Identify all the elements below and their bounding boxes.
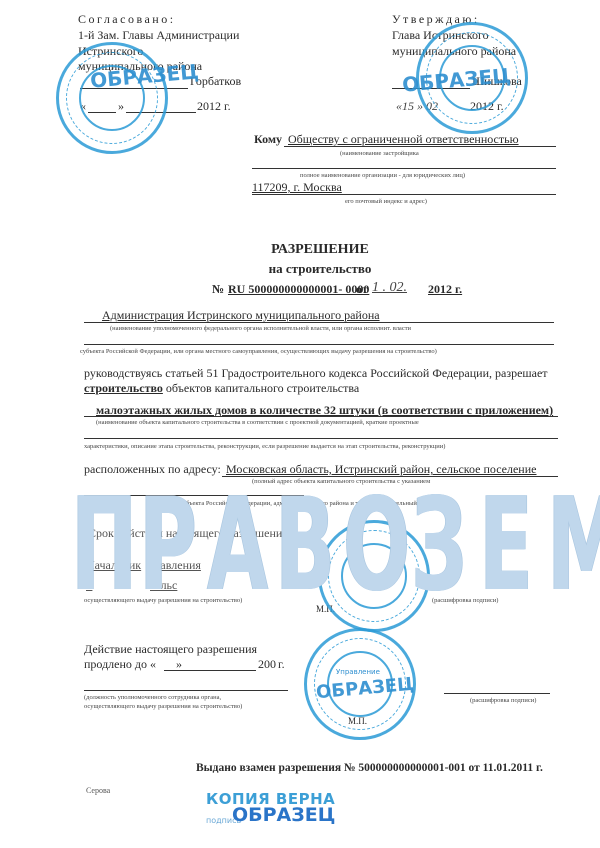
approval-left-line: 1-й Зам. Главы Администрации (78, 28, 239, 43)
seal-stamp-middle (318, 520, 430, 632)
body-official: правления (148, 558, 201, 573)
body-line: руководствуясь статьей 51 Градостроитель… (84, 366, 548, 381)
seal-stamp-left (56, 42, 168, 154)
authority-hint: субъекта Российской Федерации, или орган… (80, 348, 437, 355)
permit-title-sub: на строительство (0, 261, 600, 277)
signature-hint: (расшифровка подписи) (432, 597, 498, 604)
recipient-address: 117209, г. Москва (252, 180, 342, 195)
body-address-value: Московская область, Истринский район, се… (226, 462, 536, 477)
recipient-value: Обществу с ограниченной ответственностью (288, 132, 519, 147)
permit-date: 1 . 02. (372, 280, 407, 296)
stamp-place-label: М.П. (348, 716, 367, 726)
body-line-rest: объектов капитального строительства (163, 381, 359, 395)
signature-hint: (расшифровка подписи) (470, 697, 536, 704)
body-construction-word: строительство (84, 381, 163, 395)
extension-mid: » (176, 657, 182, 672)
body-address-label: расположенных по адресу: (84, 462, 221, 477)
authority-hint: (наименование уполномоченного федерально… (110, 325, 411, 332)
permit-number: RU 500000000000001- 0000 (228, 282, 369, 297)
watermark: П Р А В О З Е М (58, 492, 542, 599)
watermark-letter: В (275, 492, 317, 599)
body-hint: (полный адрес объекта капитального строи… (252, 478, 430, 485)
authority-value: Администрация Истринского муниципального… (102, 308, 380, 323)
recipient-label: Кому (254, 132, 282, 147)
watermark-letter: А (207, 492, 249, 599)
permit-title-main: РАЗРЕШЕНИЕ (0, 242, 600, 258)
permit-date-prefix: от (356, 282, 368, 297)
watermark-letter: Е (479, 492, 521, 599)
recipient-hint: (наименование застройщика (340, 150, 419, 157)
approval-left-heading: Согласовано: (78, 12, 176, 27)
body-validity: Срок действия настоящего разрешения - до (88, 526, 310, 541)
copy-certified-stamp: КОПИЯ ВЕРНА подпись ОБРАЗЕЦ (206, 790, 335, 808)
extension-line: Действие настоящего разрешения (84, 642, 257, 657)
stamp-admin-label: Управление (336, 668, 380, 676)
recipient-hint: полное наименование организации - для юр… (300, 172, 465, 179)
extension-prefix: продлено до « (84, 657, 156, 672)
recipient-hint: его почтовый индекс и адрес) (345, 198, 427, 205)
permit-date-year: 2012 г. (428, 282, 462, 297)
replaced-permit-note: Выдано взамен разрешения № 5000000000000… (196, 762, 543, 774)
body-official: Начальник (86, 558, 141, 573)
extension-suffix: г. (278, 657, 285, 672)
extension-year: 200 (258, 657, 276, 672)
extension-hint: осуществляющего выдачу разрешения на стр… (84, 703, 242, 710)
body-hint: осуществляющего выдачу разрешения на стр… (84, 597, 242, 604)
body-hint: (наименование объекта капитального строи… (96, 419, 419, 426)
body-hint: субъекта Российской Федерации, администр… (180, 500, 436, 507)
permit-number-prefix: № (212, 282, 224, 297)
body-line: строительство объектов капитального стро… (84, 381, 359, 396)
copy-signature: ОБРАЗЕЦ (232, 804, 335, 826)
executor-name: Серова (86, 786, 110, 795)
approval-left-date-year: 2012 г. (197, 99, 231, 114)
body-hint: характеристики, описание этапа строитель… (84, 443, 445, 450)
body-official: тельс (150, 578, 177, 593)
extension-hint: (должность уполномоченного сотрудника ор… (84, 694, 221, 701)
body-official: и (86, 578, 92, 593)
watermark-letter: М (547, 492, 589, 599)
